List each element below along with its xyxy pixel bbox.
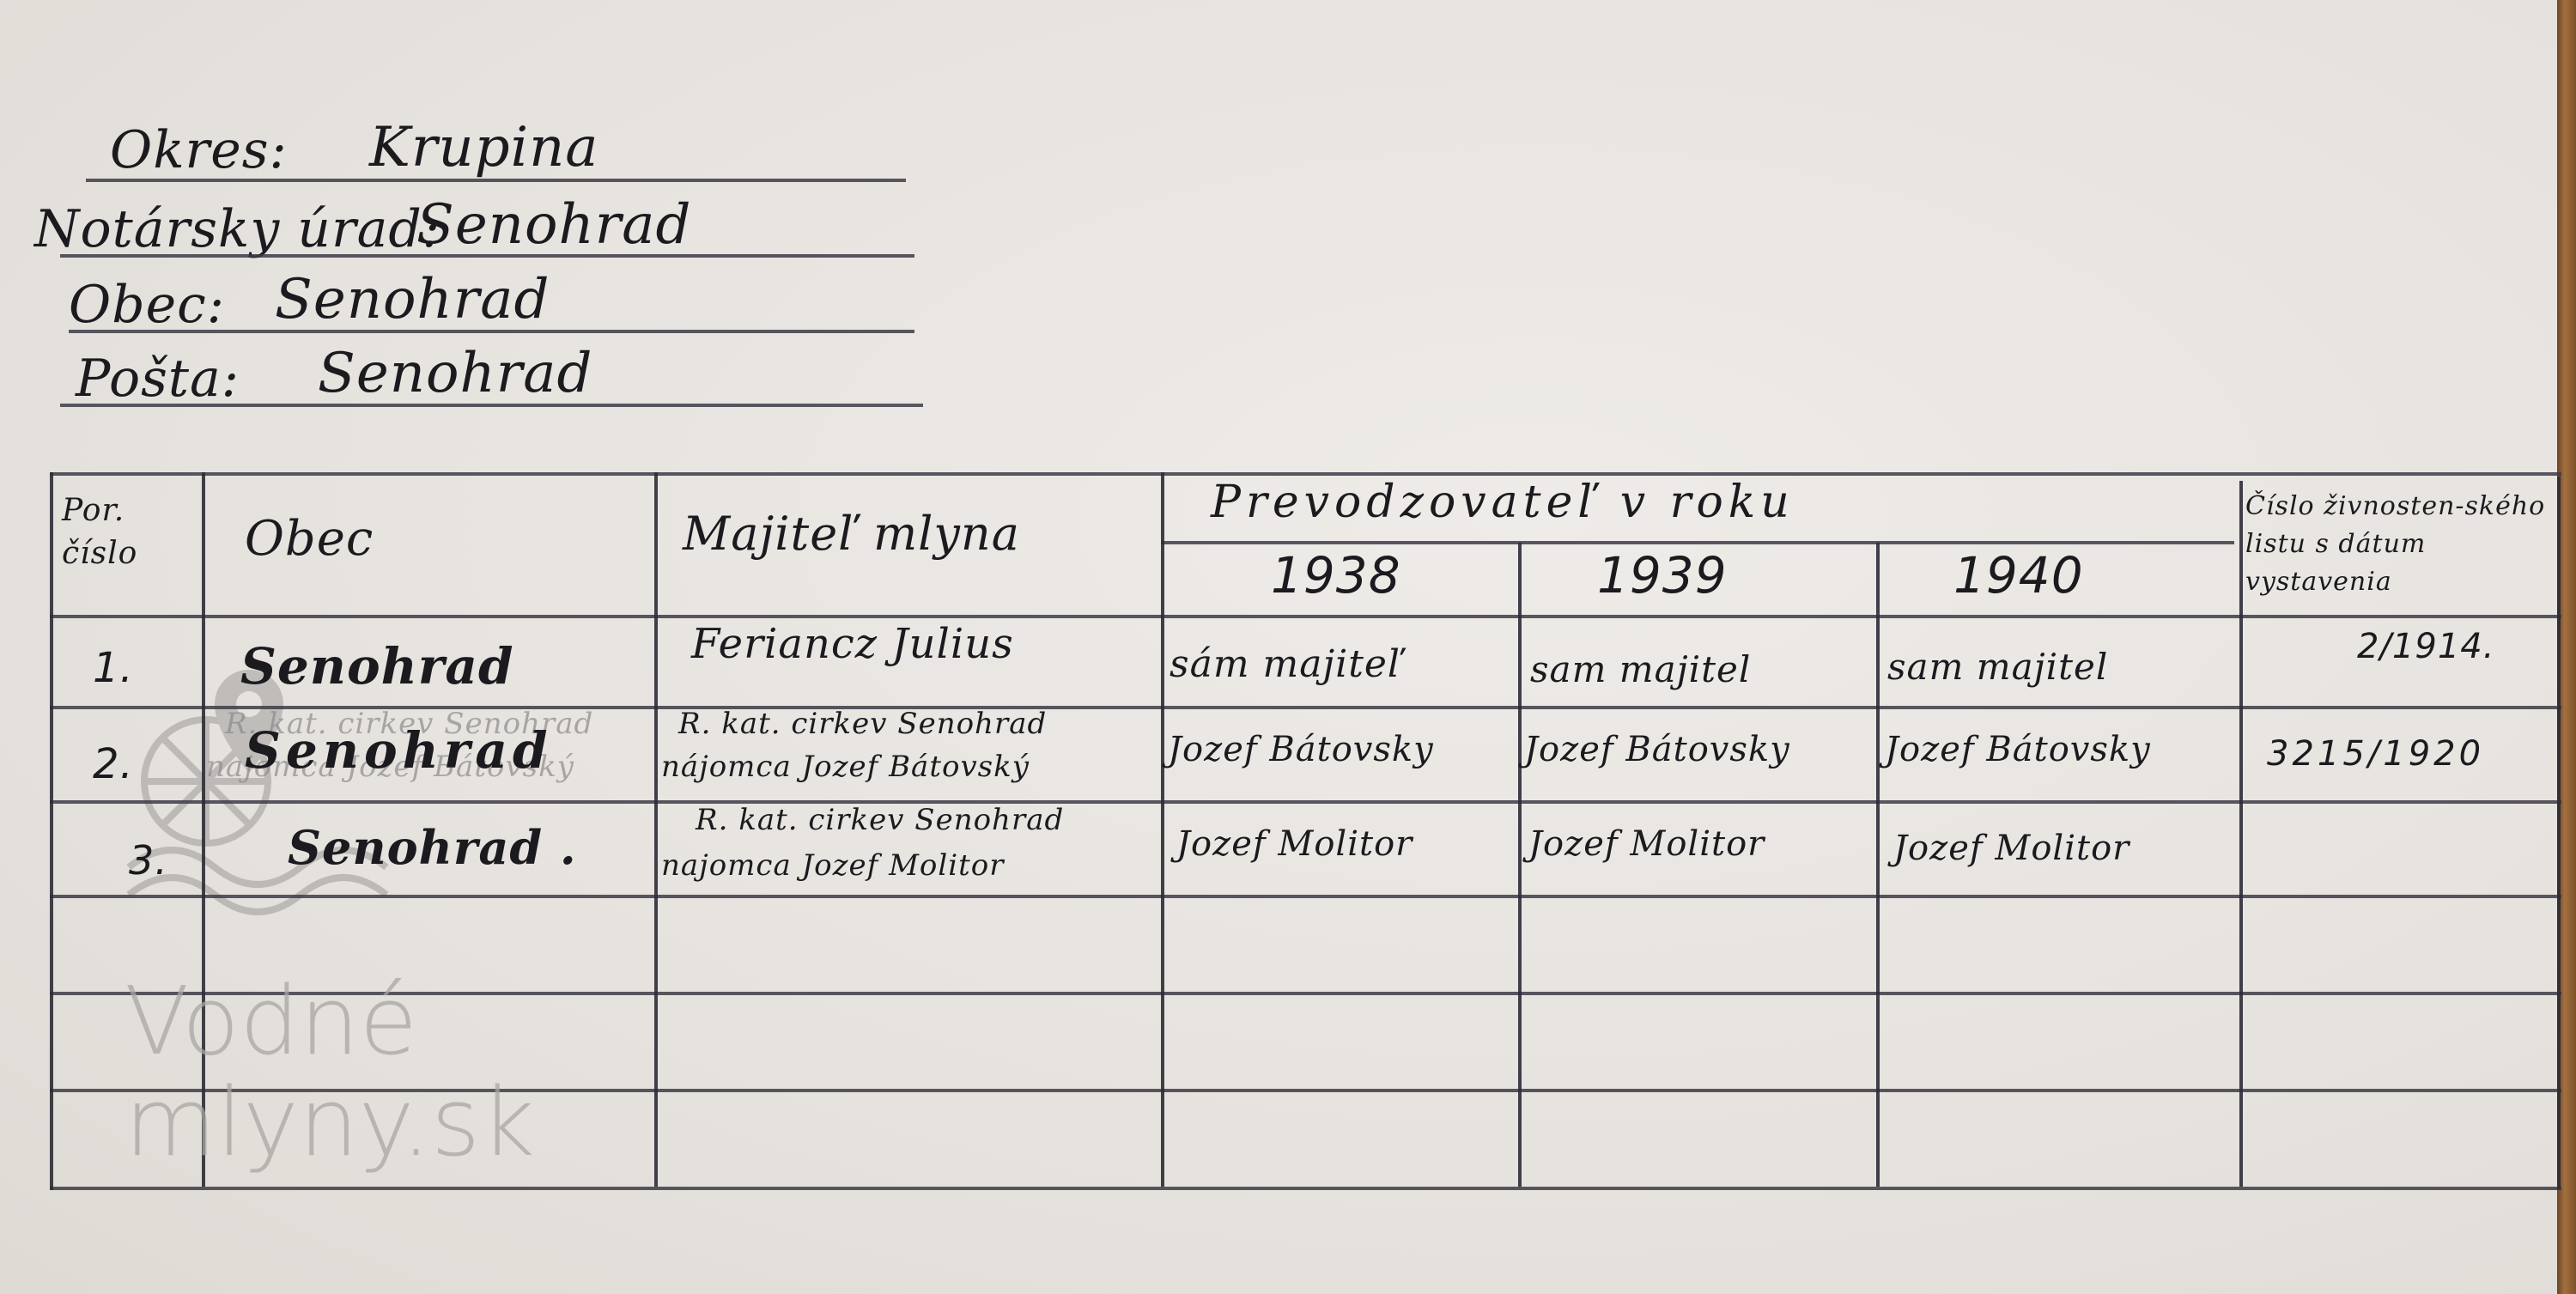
row-municipality: Senohrad [245,721,553,780]
row-operator-1940: sam majitel [1887,646,2108,688]
post-office-label: Pošta: [76,349,240,409]
row-line [50,895,2561,898]
column-header-year-1940: 1940 [1953,546,2084,604]
column-header-year-1938: 1938 [1271,546,1401,604]
header-bottom-line [50,615,2561,618]
row-mill-owner: R. kat. cirkev Senohrad [696,800,1064,840]
column-line [2239,481,2243,1187]
row-trade-license: 2/1914. [2357,627,2494,666]
table-border-left [50,472,53,1190]
column-line [1518,543,1522,1187]
row-number: 3. [129,837,168,884]
field-underline [60,404,923,407]
column-header-trade-license: Číslo živnosten-ského listu s dátum vyst… [2245,488,2555,601]
column-line [1876,543,1880,1187]
field-underline [60,254,914,258]
column-header-municipality: Obec [245,511,374,567]
row-operator-1938: Jozef Molitor [1176,824,1413,864]
column-line [654,472,658,1187]
column-header-number: Por. číslo [62,489,191,575]
municipality-value: Senohrad [275,268,550,331]
district-value: Krupina [369,116,598,179]
row-number: 2. [93,740,134,788]
row-number: 1. [93,644,134,692]
row-mill-owner-line2: najomca Jozef Molitor [661,846,1004,885]
row-line [50,800,2561,804]
row-operator-1940: Jozef Molitor [1893,829,2129,868]
column-header-mill-owner: Majiteľ mlyna [683,507,1020,561]
row-mill-owner-line2: nájomca Jozef Bátovský [661,747,1030,787]
district-label: Okres: [110,120,288,180]
row-mill-owner: Feriancz Julius [691,620,1014,668]
row-operator-1939: sam majitel [1530,648,1751,690]
municipality-label: Obec: [69,275,225,335]
year-subheader-line [1161,541,2234,544]
notary-office-value: Senohrad [416,193,691,257]
table-border-right [2557,477,2561,1189]
field-underline [69,330,914,333]
column-header-year-1939: 1939 [1597,546,1728,604]
row-operator-1939: Jozef Bátovsky [1524,730,1790,769]
watermark-line2: mlyny.sk [125,1072,535,1173]
row-mill-owner: R. kat. cirkev Senohrad [678,704,1047,744]
row-operator-1938: sám majiteľ [1170,642,1404,686]
table-border-bottom [50,1187,2561,1190]
column-header-operator-group: Prevodzovateľ v roku [1211,477,1795,528]
post-office-value: Senohrad [318,342,592,405]
row-operator-1938: Jozef Bátovsky [1168,730,1434,769]
row-operator-1940: Jozef Bátovsky [1885,730,2151,769]
column-line [1161,472,1164,1187]
row-operator-1939: Jozef Molitor [1528,824,1765,864]
row-municipality: Senohrad . [288,820,577,875]
notary-office-label: Notársky úrad: [34,199,440,259]
watermark-text: Vodné mlyny.sk [125,970,535,1173]
table-border-top [50,472,2561,476]
row-municipality: Senohrad [240,637,514,696]
watermark-line1: Vodné [125,970,535,1072]
row-trade-license: 3215/1920 [2267,734,2484,774]
field-underline [86,179,906,182]
